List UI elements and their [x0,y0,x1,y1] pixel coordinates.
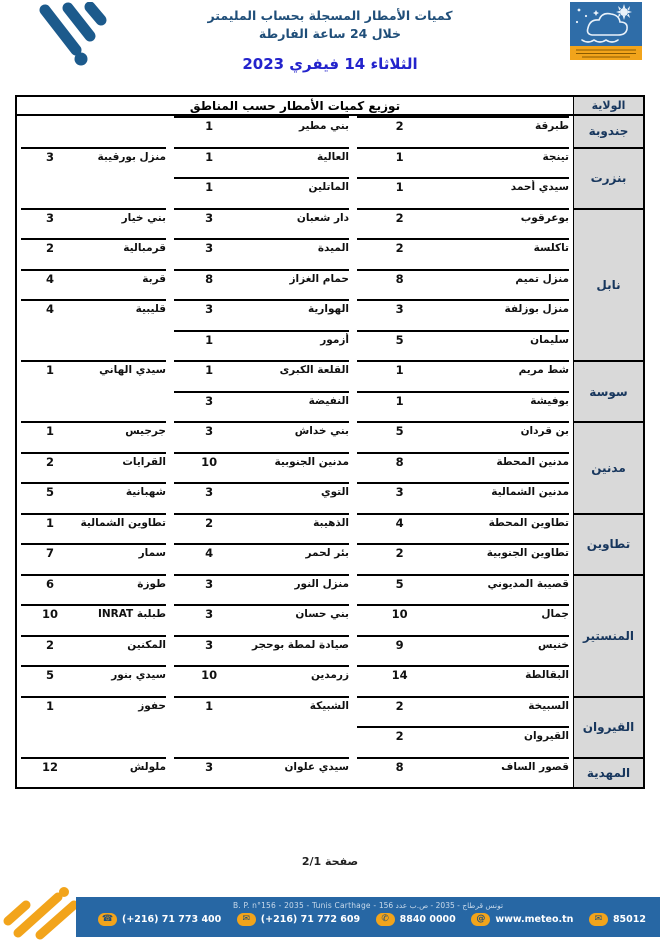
table-row: خنيس9صيادة لمطة بوحجر3المكنين2 [17,635,573,666]
rainfall-value: 1 [174,333,244,361]
rainfall-value: 1 [21,516,79,544]
station-cell: تطاوين المحطة4 [357,513,569,544]
station-cell: سيدي علوان3 [174,757,349,788]
rainfall-value: 3 [357,485,442,513]
station-name: بوعرقوب [442,211,569,239]
station-cell: ملولش12 [21,757,166,788]
station-cell: سمار7 [21,543,166,574]
station-cell: القرايات2 [21,452,166,483]
rainfall-value: 2 [174,516,244,544]
rainfall-table: الولاية توزيع كميات الأمطار حسب المناطق … [15,95,645,789]
station-cell: قصيبة المديوني5 [357,574,569,605]
rainfall-value: 2 [21,638,79,666]
rainfall-value: 5 [357,577,442,605]
station-name: تطاوين المحطة [442,516,569,544]
table-row: البقالطة14زرمدين10سيدي بنور5 [17,665,573,696]
contact-value: www.meteo.tn [495,914,573,925]
sms-icon: ✉ [589,913,608,926]
station-name: جمال [442,607,569,635]
station-cell: قرمبالية2 [21,238,166,269]
rainfall-value: 10 [357,607,442,635]
rainfall-value: 6 [21,577,79,605]
station-name: زرمدين [244,668,349,696]
rainfall-value: 4 [21,302,79,330]
station-name: مدنين المحطة [442,455,569,483]
table-row: تينجة1العالية1منزل بورقيبة3 [17,147,573,178]
rainfall-value: 1 [174,363,244,391]
station-name: القلعة الكبرى [244,363,349,391]
station-cell: العالية1 [174,147,349,178]
station-name: شهبانية [79,485,166,513]
station-cell: مدنين الجنوبية10 [174,452,349,483]
rainfall-value: 4 [357,516,442,544]
rainfall-value: 5 [357,333,442,361]
station-name: قليبية [79,302,166,330]
station-name: بني خداش [244,424,349,452]
rainfall-value: 1 [357,363,442,391]
station-cell: الذهيبة2 [174,513,349,544]
governorate-group: تطاوينتطاوين المحطة4الذهيبة2تطاوين الشما… [17,513,643,574]
station-cell: بن قردان5 [357,421,569,452]
station-name: جرجيس [79,424,166,452]
station-name: النفيضة [244,394,349,422]
station-name: قصور الساف [442,760,569,788]
rainfall-value: 3 [174,424,244,452]
station-cell: سيدي أحمد1 [357,177,569,208]
contact-item: ✉(+216) 71 772 609 [237,913,360,926]
rainfall-value: 1 [174,699,244,727]
contact-value: (+216) 71 773 400 [122,914,221,925]
station-name: سيدي بنور [79,668,166,696]
rainfall-value: 3 [21,150,79,178]
station-name: قربة [79,272,166,300]
station-name: سليمان [442,333,569,361]
station-cell: الشبيكة1 [174,696,349,727]
station-cell: خنيس9 [357,635,569,666]
station-name: بئر لحمر [244,546,349,574]
station-cell: تينجة1 [357,147,569,178]
contact-value: 85012 [613,914,646,925]
station-cell: قربة4 [21,269,166,300]
rainfall-value: 3 [174,241,244,269]
station-name: الذهيبة [244,516,349,544]
governorate-group: بنزرتتينجة1العالية1منزل بورقيبة3سيدي أحم… [17,147,643,208]
table-row: تطاوين الجنوبية2بئر لحمر4سمار7 [17,543,573,574]
station-cell: البقالطة14 [357,665,569,696]
table-header-row: الولاية توزيع كميات الأمطار حسب المناطق [17,97,643,116]
rainfall-value: 1 [357,150,442,178]
station-cell: شط مريم1 [357,360,569,391]
table-row: قصيبة المديوني5منزل النور3طوزة6 [17,574,573,605]
governorate-label: تطاوين [573,513,643,574]
rainfall-value: 8 [357,455,442,483]
table-row: بن قردان5بني خداش3جرجيس1 [17,421,573,452]
station-cell: قصور الساف8 [357,757,569,788]
station-name: منزل تميم [442,272,569,300]
rainfall-value: 2 [357,119,442,147]
rainfall-value: 8 [357,272,442,300]
contact-item: @www.meteo.tn [471,913,573,926]
rainfall-value: 2 [21,241,79,269]
station-name: تطاوين الشمالية [79,516,166,544]
station-cell: طبرقة2 [357,116,569,147]
station-cell: النفيضة3 [174,391,349,422]
rainfall-value: 2 [357,729,442,757]
table-row: بوفيشة1النفيضة3 [17,391,573,422]
table-row: تطاوين المحطة4الذهيبة2تطاوين الشمالية1 [17,513,573,544]
station-cell: منزل بورقيبة3 [21,147,166,178]
rainfall-value: 3 [174,607,244,635]
station-name: الميدة [244,241,349,269]
station-name: العالية [244,150,349,178]
station-cell: سيدي بنور5 [21,665,166,696]
station-name: تاكلسة [442,241,569,269]
report-header: كميات الأمطار المسجلة بحساب المليمتر خلا… [0,0,660,95]
station-cell: أزمور1 [174,330,349,361]
station-cell: بني حسان3 [174,604,349,635]
rainfall-value: 1 [357,180,442,208]
rainfall-value: 2 [357,699,442,727]
governorate-group: نابلبوعرقوب2دار شعبان3بني خيار3تاكلسة2ال… [17,208,643,361]
station-cell: مدنين الشمالية3 [357,482,569,513]
phone-icon: ☎ [98,913,117,926]
rainfall-value: 3 [174,394,244,422]
station-cell: حفوز1 [21,696,166,727]
fax-icon: ✉ [237,913,256,926]
table-row: منزل بوزلفة3الهوارية3قليبية4 [17,299,573,330]
station-cell: مدنين المحطة8 [357,452,569,483]
report-title-line2: خلال 24 ساعة الفارطة [160,25,500,43]
station-name: حمام الغزاز [244,272,349,300]
station-cell: طوزة6 [21,574,166,605]
station-cell: تطاوين الجنوبية2 [357,543,569,574]
report-titles: كميات الأمطار المسجلة بحساب المليمتر خلا… [160,7,500,73]
station-cell: بوفيشة1 [357,391,569,422]
station-cell: القيروان2 [357,726,569,757]
governorate-label: نابل [573,208,643,361]
rainfall-value: 10 [21,607,79,635]
station-cell: بوعرقوب2 [357,208,569,239]
rainfall-value: 1 [357,394,442,422]
station-cell: حمام الغزاز8 [174,269,349,300]
governorate-label: المنستير [573,574,643,696]
station-name: طبرقة [442,119,569,147]
station-cell: طبلبة INRAT10 [21,604,166,635]
empty-cell [21,330,166,361]
brand-dot [75,53,88,66]
station-name: خنيس [442,638,569,666]
inm-institute-logo-icon [568,2,644,60]
station-cell: سليمان5 [357,330,569,361]
station-cell: قليبية4 [21,299,166,330]
station-cell: شهبانية5 [21,482,166,513]
station-name: منزل بورقيبة [79,150,166,178]
table-row: بوعرقوب2دار شعبان3بني خيار3 [17,208,573,239]
station-name: بن قردان [442,424,569,452]
contact-value: 8840 0000 [400,914,456,925]
rainfall-value: 9 [357,638,442,666]
footer-bar: B. P. n°156 - 2035 - Tunis Carthage - تو… [76,897,660,937]
station-name: قصيبة المديوني [442,577,569,605]
station-cell: المكنين2 [21,635,166,666]
rainfall-value: 4 [21,272,79,300]
station-name: بني حسان [244,607,349,635]
rainfall-value: 3 [174,638,244,666]
station-cell: منزل تميم8 [357,269,569,300]
station-cell: جرجيس1 [21,421,166,452]
station-cell: تطاوين الشمالية1 [21,513,166,544]
table-row: جمال10بني حسان3طبلبة INRAT10 [17,604,573,635]
governorate-label: بنزرت [573,147,643,208]
station-cell: القلعة الكبرى1 [174,360,349,391]
governorate-group: المهديةقصور الساف8سيدي علوان3ملولش12 [17,757,643,788]
station-cell: بني مطير1 [174,116,349,147]
rainfall-value: 3 [174,577,244,605]
rainfall-value: 3 [21,211,79,239]
station-name: الماتلين [244,180,349,208]
empty-cell [21,726,166,757]
rainfall-value: 3 [174,211,244,239]
station-cell: التوي3 [174,482,349,513]
table-row: مدنين المحطة8مدنين الجنوبية10القرايات2 [17,452,573,483]
station-name: الهوارية [244,302,349,330]
station-name: قرمبالية [79,241,166,269]
station-name: بوفيشة [442,394,569,422]
governorate-label: جندوبة [573,116,643,147]
rainfall-value: 3 [357,302,442,330]
governorate-group: القيروانالسبيخة2الشبيكة1حفوز1القيروان2 [17,696,643,757]
rainfall-value: 3 [174,485,244,513]
rainfall-value: 3 [174,760,244,788]
governorate-group: المنستيرقصيبة المديوني5منزل النور3طوزة6ج… [17,574,643,696]
station-name: تطاوين الجنوبية [442,546,569,574]
governorate-label: سوسة [573,360,643,421]
rainfall-value: 5 [21,485,79,513]
governorate-label: المهدية [573,757,643,788]
table-row: مدنين الشمالية3التوي3شهبانية5 [17,482,573,513]
station-cell: بني خيار3 [21,208,166,239]
station-name: دار شعبان [244,211,349,239]
rainfall-value: 1 [174,180,244,208]
station-name: طبلبة INRAT [79,607,166,635]
contact-item: ✉85012 [589,913,646,926]
station-name: بني خيار [79,211,166,239]
station-cell: سيدي الهاني1 [21,360,166,391]
call-center-icon: ✆ [376,913,395,926]
rainfall-value: 3 [174,302,244,330]
rainfall-value: 2 [357,241,442,269]
station-cell: دار شعبان3 [174,208,349,239]
station-name: سيدي الهاني [79,363,166,391]
rainfall-value: 1 [174,150,244,178]
contact-item: ✆8840 0000 [376,913,456,926]
rainfall-value: 5 [21,668,79,696]
station-cell: منزل بوزلفة3 [357,299,569,330]
table-row: سيدي أحمد1الماتلين1 [17,177,573,208]
station-name: صيادة لمطة بوحجر [244,638,349,666]
table-row: قصور الساف8سيدي علوان3ملولش12 [17,757,573,788]
table-body: جندوبةطبرقة2بني مطير1بنزرتتينجة1العالية1… [17,116,643,787]
station-name: سيدي علوان [244,760,349,788]
station-name: السبيخة [442,699,569,727]
station-cell: زرمدين10 [174,665,349,696]
station-name: حفوز [79,699,166,727]
table-row: منزل تميم8حمام الغزاز8قربة4 [17,269,573,300]
station-name: القرايات [79,455,166,483]
station-name: التوي [244,485,349,513]
rainfall-value: 2 [357,546,442,574]
empty-cell [174,726,349,757]
table-row: طبرقة2بني مطير1 [17,116,573,147]
rainfall-value: 14 [357,668,442,696]
station-name: سمار [79,546,166,574]
rainfall-value: 4 [174,546,244,574]
station-cell: الماتلين1 [174,177,349,208]
station-cell: بني خداش3 [174,421,349,452]
station-cell: بئر لحمر4 [174,543,349,574]
rainfall-value: 1 [21,424,79,452]
website-icon: @ [471,913,490,926]
governorate-group: جندوبةطبرقة2بني مطير1 [17,116,643,147]
rainfall-value: 2 [357,211,442,239]
station-cell: الهوارية3 [174,299,349,330]
station-name: منزل بوزلفة [442,302,569,330]
governorate-group: مدنينبن قردان5بني خداش3جرجيس1مدنين المحط… [17,421,643,513]
rainfall-value: 5 [357,424,442,452]
rainfall-value: 7 [21,546,79,574]
page-number: صفحة 2/1 [0,855,660,868]
station-name: شط مريم [442,363,569,391]
station-name: البقالطة [442,668,569,696]
empty-cell [21,177,166,208]
footer-address: B. P. n°156 - 2035 - Tunis Carthage - تو… [76,897,660,910]
rainfall-value: 1 [21,363,79,391]
governorate-label: القيروان [573,696,643,757]
station-name: طوزة [79,577,166,605]
rainfall-value: 12 [21,760,79,788]
document-page: كميات الأمطار المسجلة بحساب المليمتر خلا… [0,0,660,941]
station-name: المكنين [79,638,166,666]
station-name: مدنين الشمالية [442,485,569,513]
station-cell: منزل النور3 [174,574,349,605]
table-title: توزيع كميات الأمطار حسب المناطق [17,97,573,114]
station-cell: صيادة لمطة بوحجر3 [174,635,349,666]
rainfall-value: 1 [21,699,79,727]
station-name: منزل النور [244,577,349,605]
table-row: السبيخة2الشبيكة1حفوز1 [17,696,573,727]
empty-cell [21,116,166,147]
column-header-governorate: الولاية [573,97,643,114]
station-name: القيروان [442,729,569,757]
contact-item: ☎(+216) 71 773 400 [98,913,221,926]
rainfall-value: 10 [174,668,244,696]
rainfall-value: 1 [174,119,244,147]
governorate-group: سوسةشط مريم1القلعة الكبرى1سيدي الهاني1بو… [17,360,643,421]
report-date: الثلاثاء 14 فيفري 2023 [160,55,500,73]
footer-contacts: ☎(+216) 71 773 400✉(+216) 71 772 609✆884… [76,910,660,926]
station-name: الشبيكة [244,699,349,727]
rainfall-value: 8 [357,760,442,788]
rainfall-value: 2 [21,455,79,483]
table-row: تاكلسة2الميدة3قرمبالية2 [17,238,573,269]
station-cell: الميدة3 [174,238,349,269]
governorate-label: مدنين [573,421,643,513]
station-cell: جمال10 [357,604,569,635]
station-cell: السبيخة2 [357,696,569,727]
station-name: أزمور [244,333,349,361]
station-name: ملولش [79,760,166,788]
empty-cell [21,391,166,422]
table-row: شط مريم1القلعة الكبرى1سيدي الهاني1 [17,360,573,391]
station-name: سيدي أحمد [442,180,569,208]
station-name: مدنين الجنوبية [244,455,349,483]
station-cell: تاكلسة2 [357,238,569,269]
report-title-line1: كميات الأمطار المسجلة بحساب المليمتر [160,7,500,25]
station-name: تينجة [442,150,569,178]
contact-value: (+216) 71 772 609 [261,914,360,925]
station-name: بني مطير [244,119,349,147]
table-row: القيروان2 [17,726,573,757]
rainfall-value: 8 [174,272,244,300]
table-row: سليمان5أزمور1 [17,330,573,361]
rainfall-value: 10 [174,455,244,483]
inm-brand-mark-icon [18,2,114,68]
